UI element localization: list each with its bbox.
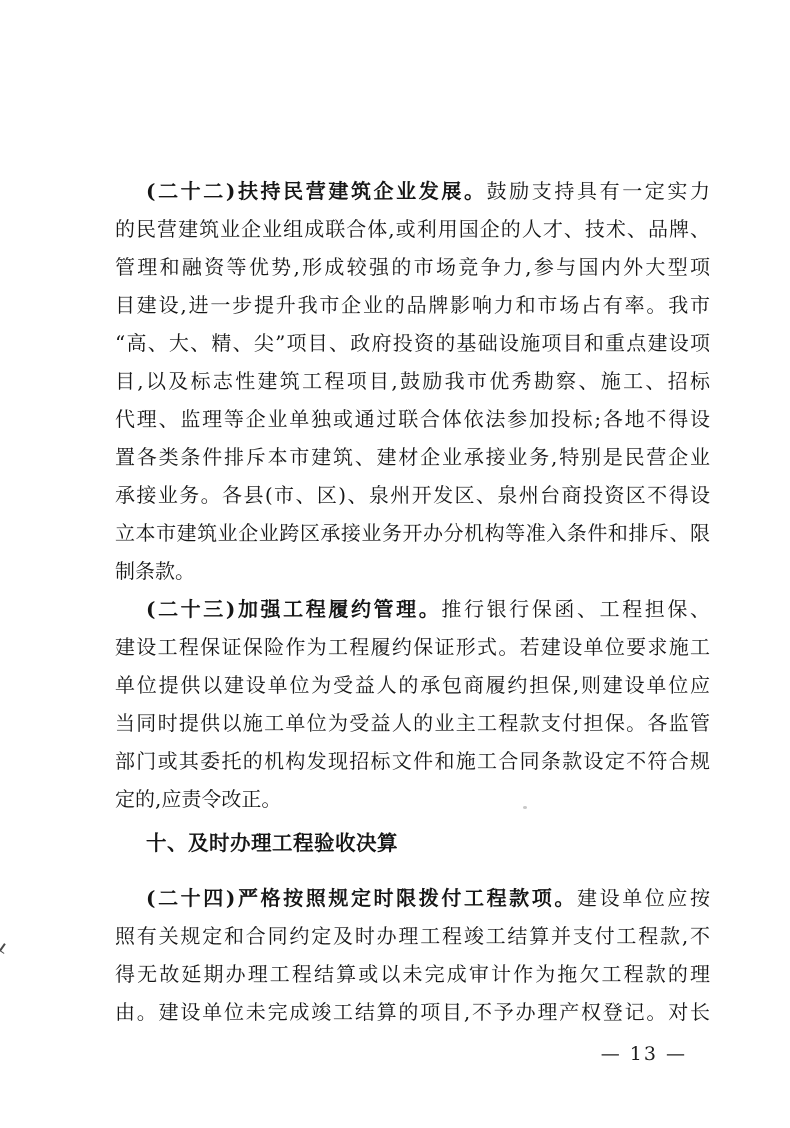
scan-speck <box>523 806 527 809</box>
text-run: 鼓励支持具有一定实力 <box>487 179 710 203</box>
page-number: — 13 — <box>601 1043 687 1065</box>
text-line: 得无故延期办理工程结算或以未完成审计作为拖欠工程款的理 <box>115 955 710 993</box>
text-line: 建设工程保证保险作为工程履约保证形式。若建设单位要求施工 <box>115 628 710 666</box>
text-line: 部门或其委托的机构发现招标文件和施工合同条款设定不符合规 <box>115 742 710 780</box>
text-run: 推行银行保函、工程担保、 <box>441 597 710 621</box>
text-line: “高、大、精、尖”项目、政府投资的基础设施项目和重点建设项 <box>115 324 710 362</box>
document-body: (二十二)扶持民营建筑企业发展。鼓励支持具有一定实力 的民营建筑业企业组成联合体… <box>115 172 710 1031</box>
paragraph-23: (二十三)加强工程履约管理。推行银行保函、工程担保、 建设工程保证保险作为工程履… <box>115 590 710 818</box>
text-run: 建设单位应按 <box>577 886 710 910</box>
text-line: 管理和融资等优势,形成较强的市场竞争力,参与国内外大型项 <box>115 248 710 286</box>
text-line: 的民营建筑业企业组成联合体,或利用国企的人才、技术、品牌、 <box>115 210 710 248</box>
text-line: 由。建设单位未完成竣工结算的项目,不予办理产权登记。对长 <box>115 993 710 1031</box>
scan-stray-mark <box>0 943 9 954</box>
paragraph-lead: (二十四)严格按照规定时限拨付工程款项。 <box>146 886 577 910</box>
section-heading-10: 十、及时办理工程验收决算 <box>115 824 710 862</box>
text-line: 目,以及标志性建筑工程项目,鼓励我市优秀勘察、施工、招标 <box>115 362 710 400</box>
text-line: (二十三)加强工程履约管理。推行银行保函、工程担保、 <box>115 590 710 628</box>
paragraph-24: (二十四)严格按照规定时限拨付工程款项。建设单位应按 照有关规定和合同约定及时办… <box>115 879 710 1031</box>
text-line: (二十二)扶持民营建筑企业发展。鼓励支持具有一定实力 <box>115 172 710 210</box>
document-page: (二十二)扶持民营建筑企业发展。鼓励支持具有一定实力 的民营建筑业企业组成联合体… <box>0 0 790 1128</box>
text-line: 单位提供以建设单位为受益人的承包商履约担保,则建设单位应 <box>115 666 710 704</box>
text-line: 承接业务。各县(市、区)、泉州开发区、泉州台商投资区不得设 <box>115 476 710 514</box>
paragraph-lead: (二十三)加强工程履约管理。 <box>146 597 441 621</box>
paragraph-lead: (二十二)扶持民营建筑企业发展。 <box>146 179 487 203</box>
text-line: 制条款。 <box>115 552 710 590</box>
text-line: 代理、监理等企业单独或通过联合体依法参加投标;各地不得设 <box>115 400 710 438</box>
text-line: 置各类条件排斥本市建筑、建材企业承接业务,特别是民营企业 <box>115 438 710 476</box>
text-line: 目建设,进一步提升我市企业的品牌影响力和市场占有率。我市 <box>115 286 710 324</box>
text-line: (二十四)严格按照规定时限拨付工程款项。建设单位应按 <box>115 879 710 917</box>
text-line: 照有关规定和合同约定及时办理工程竣工结算并支付工程款,不 <box>115 917 710 955</box>
paragraph-22: (二十二)扶持民营建筑企业发展。鼓励支持具有一定实力 的民营建筑业企业组成联合体… <box>115 172 710 590</box>
text-line: 当同时提供以施工单位为受益人的业主工程款支付担保。各监管 <box>115 704 710 742</box>
text-line: 定的,应责令改正。 <box>115 780 710 818</box>
text-line: 立本市建筑业企业跨区承接业务开办分机构等准入条件和排斥、限 <box>115 514 710 552</box>
